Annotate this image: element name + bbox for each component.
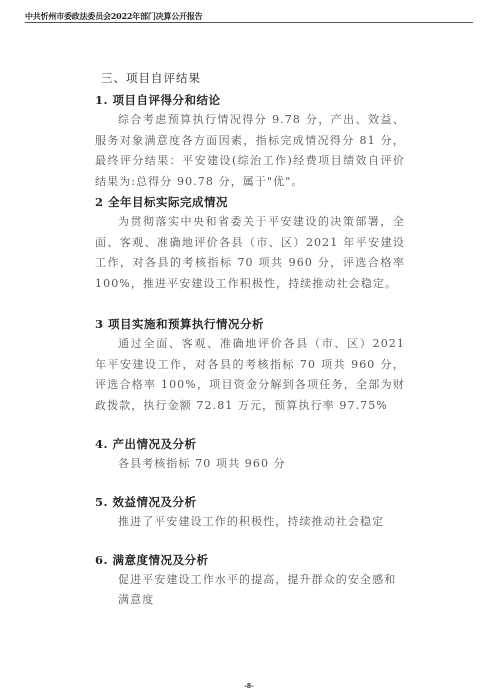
header-title: 中共忻州市委政法委员会2022年部门决算公开报告 — [25, 11, 473, 21]
heading-satisfaction: 6. 满意度情况及分析 — [95, 550, 405, 570]
paragraph-score-conclusion: 综合考虑预算执行情况得分 9.78 分，产出、效益、服务对象满意度各方面因素，指… — [95, 110, 405, 192]
header-divider — [25, 22, 473, 23]
heading-output: 4. 产出情况及分析 — [95, 434, 405, 454]
paragraph-output: 各县考核指标 70 项共 960 分 — [95, 454, 405, 474]
document-body: 三、项目自评结果 1. 项目自评得分和结论 综合考虑预算执行情况得分 9.78 … — [95, 68, 405, 610]
paragraph-satisfaction: 促进平安建设工作水平的提高，提升群众的安全感和满意度 — [95, 570, 405, 610]
page-header: 中共忻州市委政法委员会2022年部门决算公开报告 — [25, 11, 473, 21]
heading-score-conclusion: 1. 项目自评得分和结论 — [95, 90, 405, 110]
paragraph-implementation-budget: 通过全面、客观、准确地评价各县（市、区）2021 年平安建设工作，对各县的考核指… — [95, 334, 405, 416]
section-title: 三、项目自评结果 — [101, 68, 405, 88]
paragraph-annual-goals: 为贯彻落实中央和省委关于平安建设的决策部署，全面、客观、准确地评价各县（市、区）… — [95, 212, 405, 294]
page-number: -8- — [0, 683, 498, 690]
heading-implementation-budget: 3 项目实施和预算执行情况分析 — [95, 314, 405, 334]
heading-benefit: 5. 效益情况及分析 — [95, 492, 405, 512]
heading-annual-goals: 2 全年目标实际完成情况 — [95, 192, 405, 212]
paragraph-benefit: 推进了平安建设工作的积极性，持续推动社会稳定 — [95, 512, 405, 532]
